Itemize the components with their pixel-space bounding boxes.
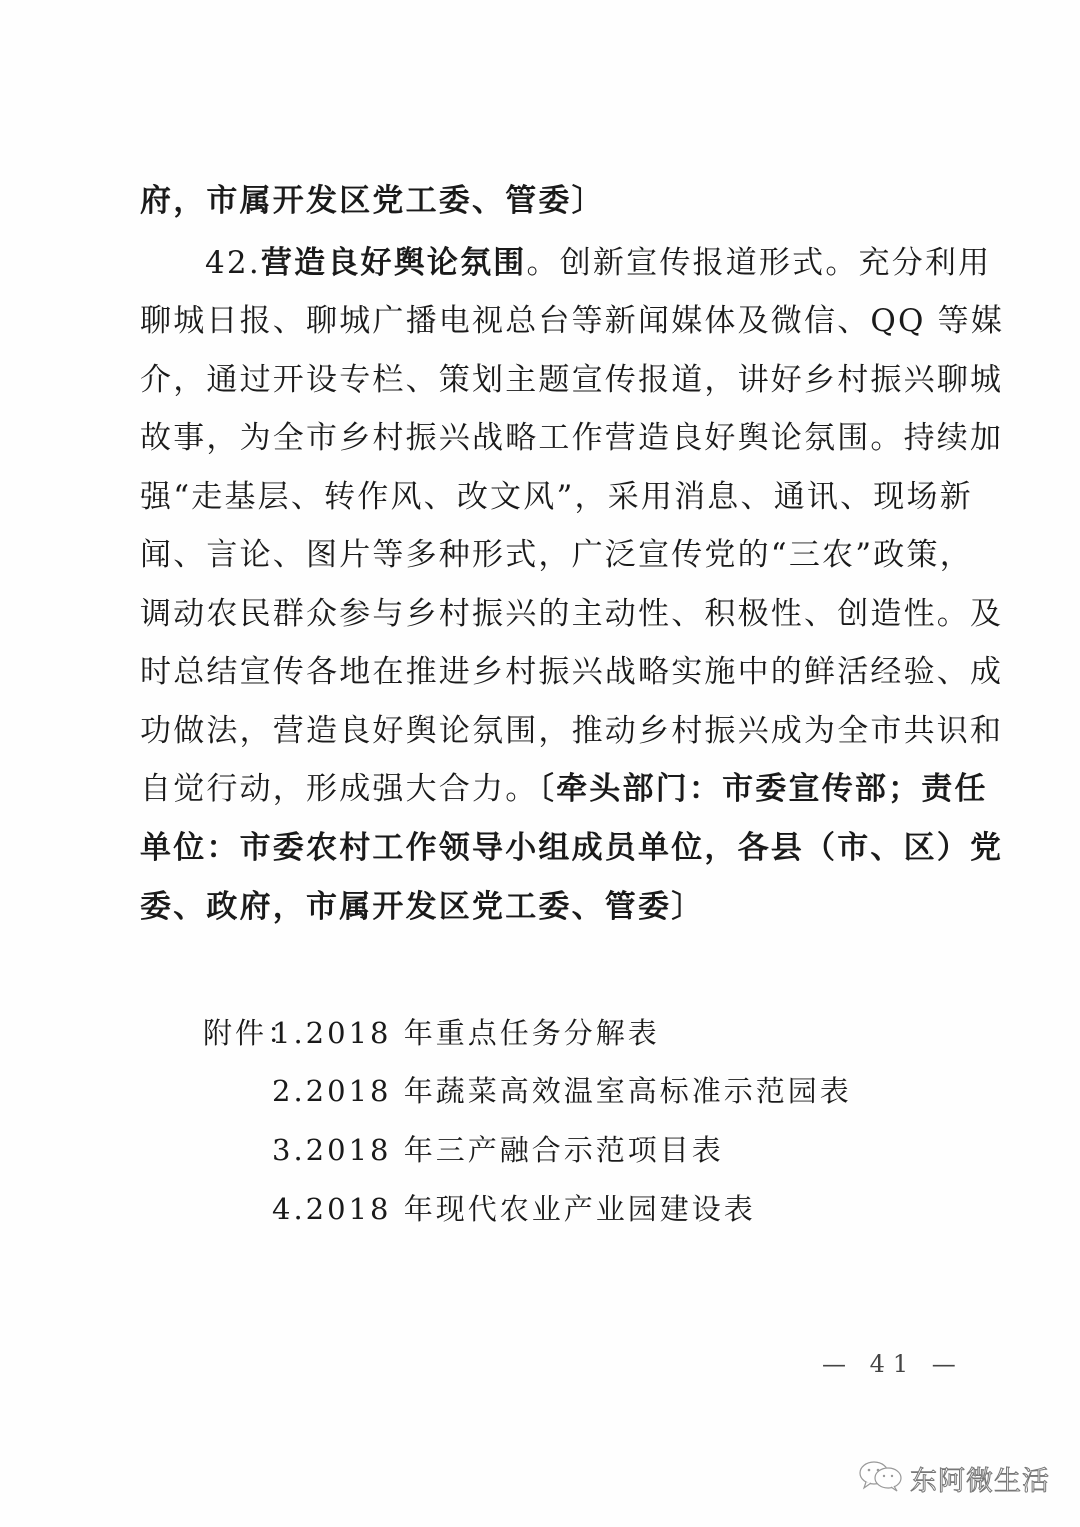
document-page: 府，市属开发区党工委、管委〕 42.营造良好舆论氛围。创新宣传报道形式。充分利用…: [0, 0, 1080, 1527]
item-title: 营造良好舆论氛围: [261, 245, 527, 281]
attachment-item-3: 3.2018 年三产融合示范项目表: [272, 1130, 724, 1170]
text-line-10: 功做法，营造良好舆论氛围，推动乡村振兴成为全市共识和: [140, 711, 940, 751]
text-line-12: 单位：市委农村工作领导小组成员单位，各县（市、区）党: [140, 828, 940, 868]
attachment-item-2: 2.2018 年蔬菜高效温室高标准示范园表: [272, 1071, 852, 1111]
text-segment: 时总结宣传各地在推进乡村振兴战略实施中的鲜活经验、成: [140, 654, 1003, 690]
item-number: 42.: [205, 245, 261, 281]
watermark-text: 东阿微生活: [910, 1459, 1050, 1498]
responsibility-note: 〔牵头部门：市委宣传部；责任: [538, 771, 987, 807]
text-segment: 。创新宣传报道形式。充分利用: [527, 245, 992, 281]
responsibility-note: 单位：市委农村工作领导小组成员单位，各县（市、区）党: [140, 830, 1003, 866]
text-line-4: 介，通过开设专栏、策划主题宣传报道，讲好乡村振兴聊城: [140, 360, 940, 400]
attachment-item-1: 1.2018 年重点任务分解表: [272, 1013, 660, 1053]
text-segment: 功做法，营造良好舆论氛围，推动乡村振兴成为全市共识和: [140, 713, 1003, 749]
text-segment: 自觉行动，形成强大合力。: [140, 771, 538, 807]
wechat-icon: [858, 1459, 906, 1497]
text-segment: 闻、言论、图片等多种形式，广泛宣传党的“三农”政策，: [140, 537, 973, 573]
text-segment: 介，通过开设专栏、策划主题宣传报道，讲好乡村振兴聊城: [140, 362, 1003, 398]
text-line-8: 调动农民群众参与乡村振兴的主动性、积极性、创造性。及: [140, 594, 940, 634]
text-segment: 故事，为全市乡村振兴战略工作营造良好舆论氛围。持续加: [140, 420, 1003, 456]
text-line-11: 自觉行动，形成强大合力。〔牵头部门：市委宣传部；责任: [140, 769, 940, 809]
text-segment: 调动农民群众参与乡村振兴的主动性、积极性、创造性。及: [140, 596, 1003, 632]
text-segment: 聊城日报、聊城广播电视总台等新闻媒体及微信、QQ 等媒: [140, 303, 1004, 339]
responsibility-note: 委、政府，市属开发区党工委、管委〕: [140, 889, 704, 925]
text-segment: 强“走基层、转作风、改文风”，采用消息、通讯、现场新: [140, 479, 973, 515]
text-line-1: 府，市属开发区党工委、管委〕: [140, 181, 940, 221]
text-segment: 府，市属开发区党工委、管委〕: [140, 183, 605, 219]
text-line-6: 强“走基层、转作风、改文风”，采用消息、通讯、现场新: [140, 477, 940, 517]
watermark: 东阿微生活: [858, 1458, 1050, 1498]
text-line-7: 闻、言论、图片等多种形式，广泛宣传党的“三农”政策，: [140, 535, 940, 575]
text-line-5: 故事，为全市乡村振兴战略工作营造良好舆论氛围。持续加: [140, 418, 940, 458]
item-42-heading-line: 42.营造良好舆论氛围。创新宣传报道形式。充分利用: [205, 243, 940, 283]
text-line-9: 时总结宣传各地在推进乡村振兴战略实施中的鲜活经验、成: [140, 652, 940, 692]
page-number: — 41 —: [822, 1350, 964, 1378]
text-line-13: 委、政府，市属开发区党工委、管委〕: [140, 887, 940, 927]
text-line-3: 聊城日报、聊城广播电视总台等新闻媒体及微信、QQ 等媒: [140, 301, 940, 341]
attachment-item-4: 4.2018 年现代农业产业园建设表: [272, 1189, 756, 1229]
